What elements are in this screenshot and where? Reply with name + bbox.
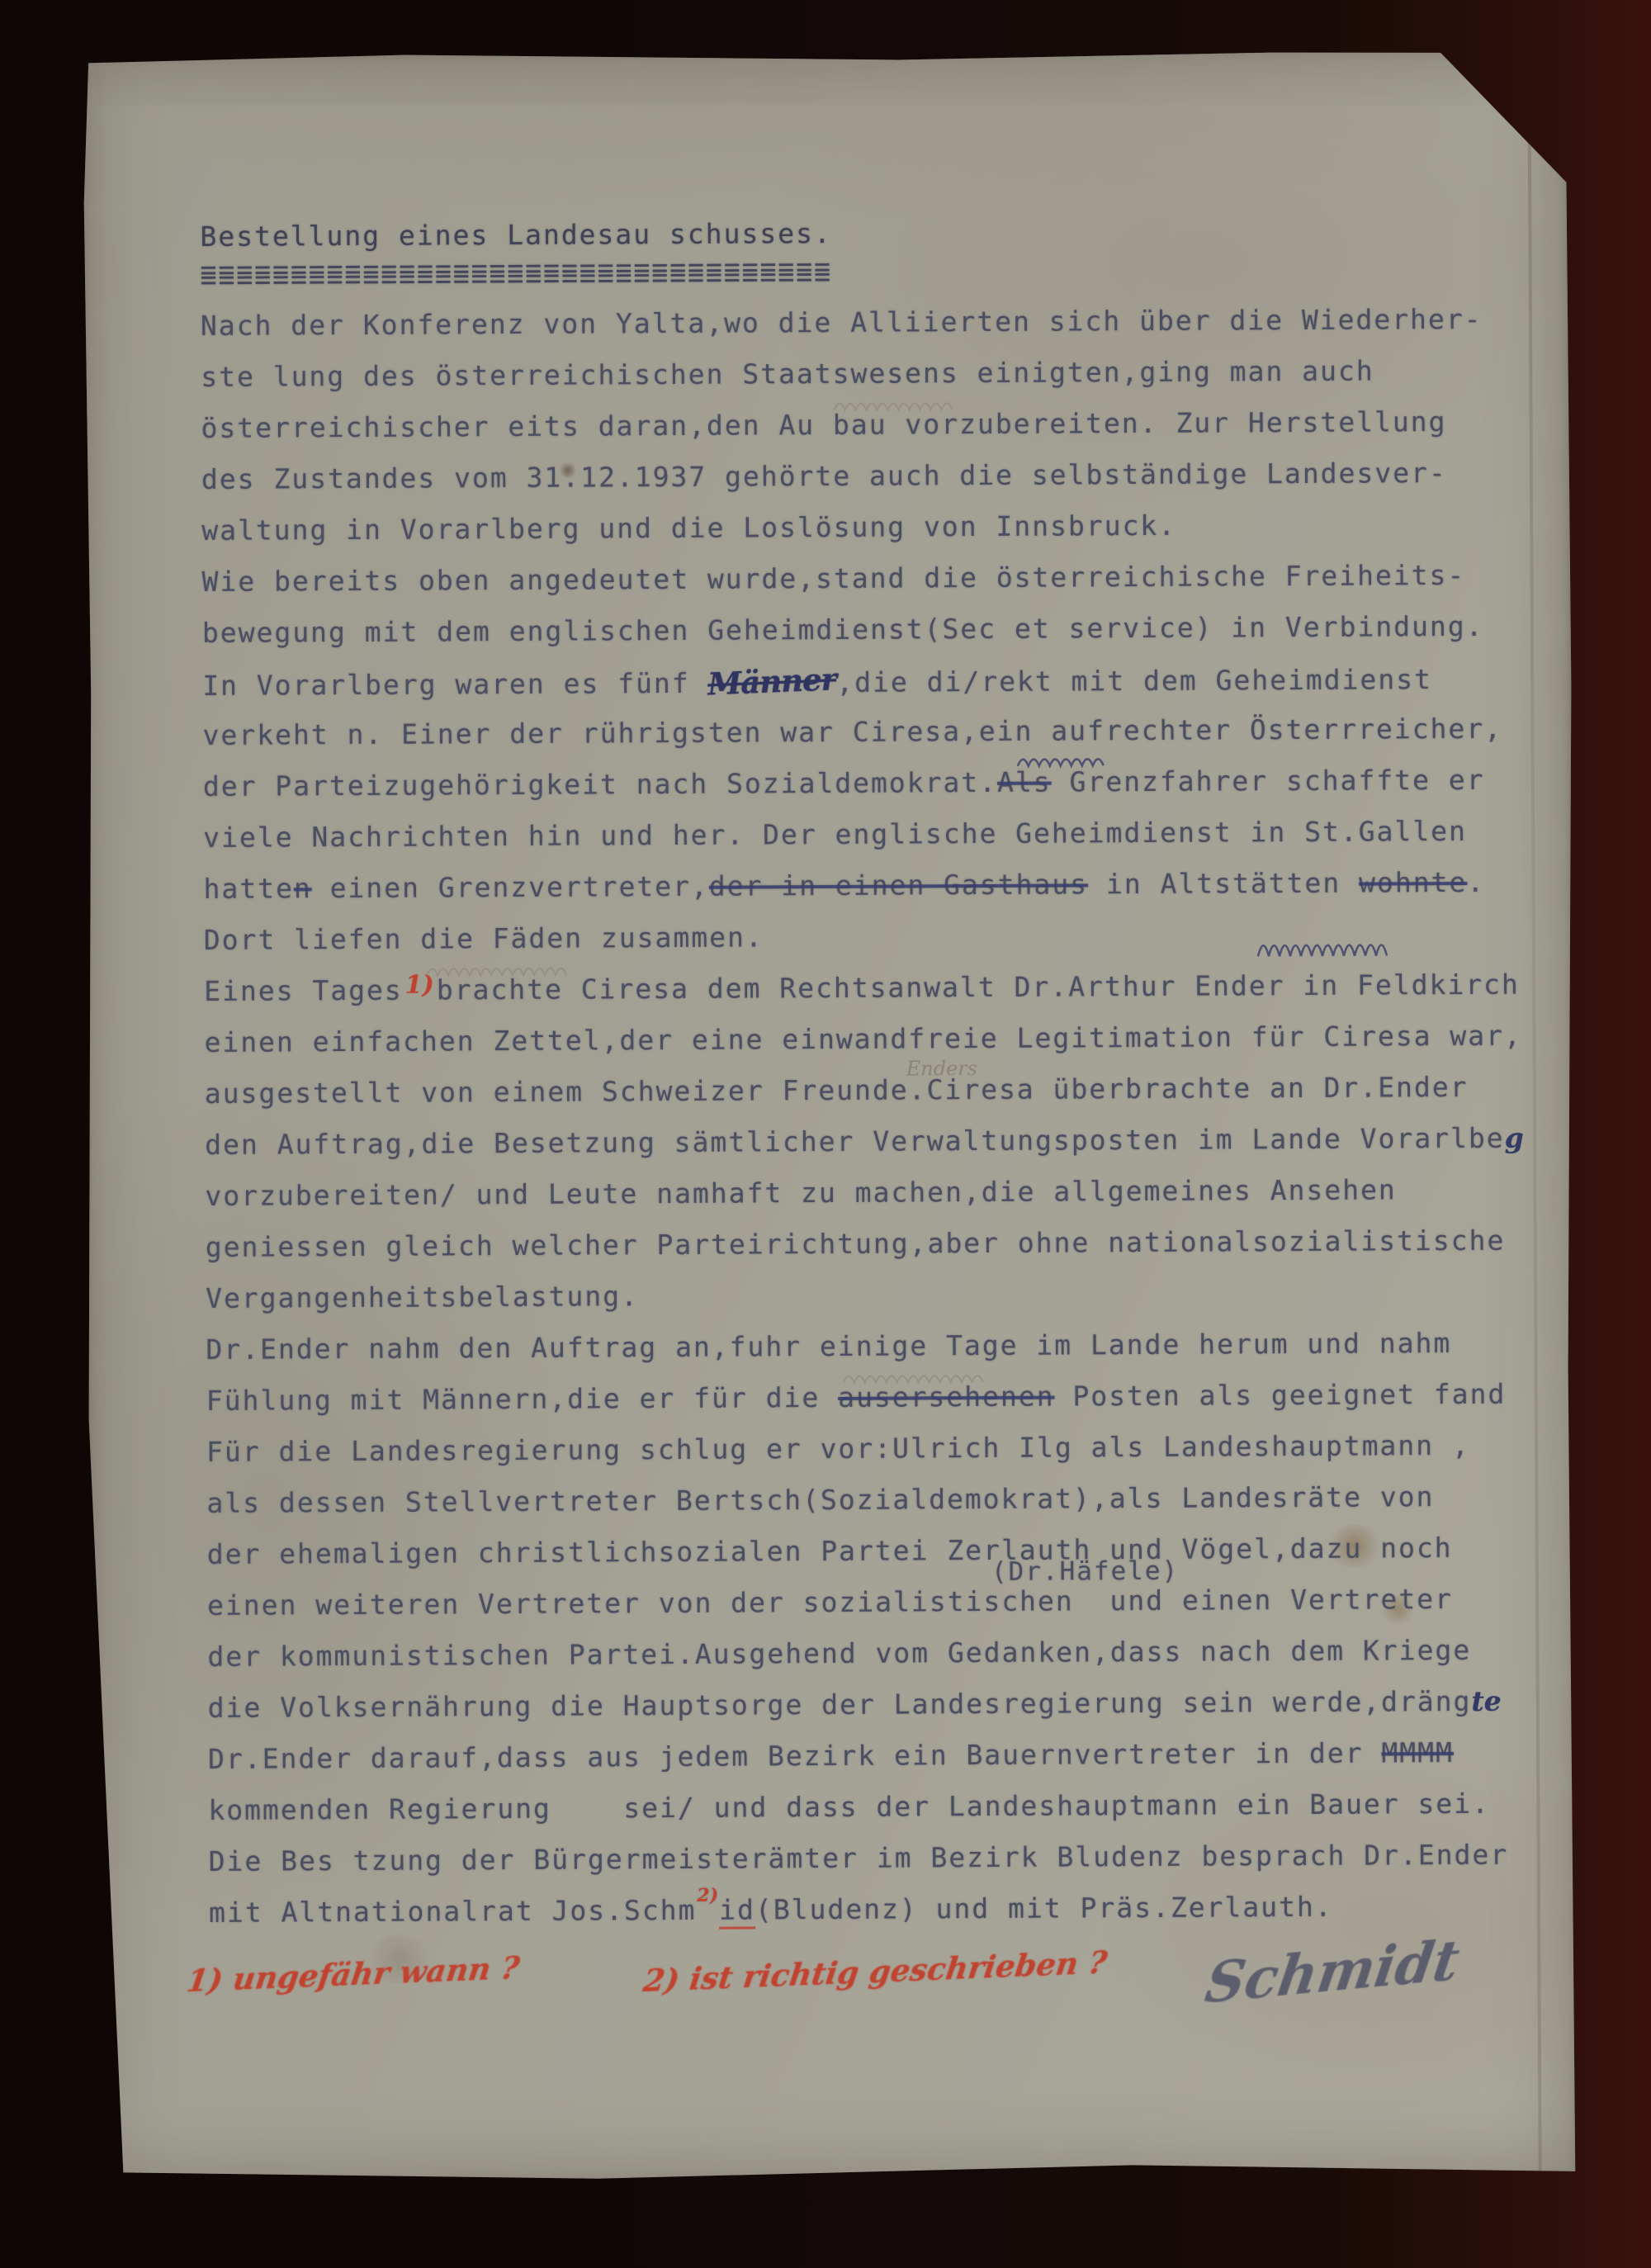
document-line: Für die Landesregierung schlug er vor:Ul… bbox=[206, 1419, 1544, 1477]
document-body: Nach der Konferenz von Yalta,wo die Alli… bbox=[201, 293, 1546, 1938]
document-line: mit Altnationalrat Jos.Schm2)id(Bludenz)… bbox=[209, 1880, 1546, 1938]
illegible-handwriting-squiggle bbox=[425, 945, 570, 997]
typed-text: die Volksernährung die Hauptsorge der La… bbox=[208, 1685, 1472, 1724]
document-line: geniessen gleich welcher Parteirichtung,… bbox=[206, 1214, 1543, 1272]
typed-text: Für die Landesregierung schlug er vor:Ul… bbox=[206, 1429, 1470, 1468]
typed-text: in Altstätten bbox=[1088, 867, 1359, 901]
document-line: den Auftrag,die Besetzung sämtlicher Ver… bbox=[205, 1112, 1542, 1170]
document-content: Bestellung eines Landesau schusses. ====… bbox=[200, 207, 1546, 1938]
document-title: Bestellung eines Landesau schusses. bbox=[200, 207, 1537, 258]
illegible-handwriting-squiggle bbox=[832, 379, 956, 431]
document-line: ausgestellt von einem Schweizer Freunde.… bbox=[205, 1061, 1542, 1119]
typed-text: der ehemaligen christlichsozialen Partei… bbox=[207, 1532, 1453, 1570]
handwritten-annotations-row: 1) ungefähr wann ?2) ist richtig geschri… bbox=[187, 1950, 1507, 2010]
handwritten-ink-addition: te bbox=[1471, 1685, 1501, 1717]
typed-text: Die Bes tzung der Bürgermeisterämter im … bbox=[209, 1839, 1509, 1877]
document-line: viele Nachrichten hin und her. Der engli… bbox=[203, 805, 1540, 863]
document-line: vorzubereiten/ und Leute namhaft zu mach… bbox=[205, 1163, 1542, 1221]
document-line: Vergangenheitsbelastung. bbox=[206, 1266, 1543, 1323]
document-line: der ehemaligen christlichsozialen Partei… bbox=[207, 1522, 1545, 1579]
illegible-handwriting-squiggle bbox=[841, 1352, 994, 1404]
document-line: bewegung mit dem englischen Geheimdienst… bbox=[202, 600, 1540, 658]
red-footnote-mark-2: 2) bbox=[697, 1885, 718, 1906]
document-line: kommenden Regierung sei/ und dass der La… bbox=[208, 1778, 1545, 1835]
typed-text: Eines Tages bbox=[204, 974, 403, 1007]
document-line: hatten einen Grenzvertreter,der in einen… bbox=[203, 856, 1540, 914]
pencil-handwritten-answer: Schmidt bbox=[1201, 1927, 1464, 2016]
document-line: österreichischer eits daran,den Au bau v… bbox=[201, 395, 1538, 453]
typed-text: . bbox=[1467, 866, 1485, 898]
typed-text: Wie bereits oben angedeutet wurde,stand … bbox=[201, 559, 1465, 598]
typed-text: ste lung des österreichischen Staatswese… bbox=[201, 355, 1374, 393]
typed-interline-insertion: (Dr.Häfele) bbox=[991, 1546, 1180, 1598]
typed-text: Posten als geeignet fand bbox=[1054, 1378, 1506, 1413]
struck-phrase: der in einen Gasthaus bbox=[709, 868, 1088, 902]
typed-text: den Auftrag,die Besetzung sämtlicher Ver… bbox=[205, 1122, 1505, 1161]
typed-text: einen einfachen Zettel,der eine einwandf… bbox=[204, 1020, 1522, 1058]
document-line: als dessen Stellvertreter Bertsch(Sozial… bbox=[206, 1470, 1544, 1528]
red-handwritten-question-2: 2) ist richtig geschrieben ? bbox=[641, 1944, 1109, 1999]
typed-text: österreichischer eits daran,den Au bau v… bbox=[201, 405, 1447, 444]
illegible-handwriting-squiggle bbox=[1016, 735, 1107, 787]
document-line: der Parteizugehörigkeit nach Sozialdemok… bbox=[203, 754, 1540, 812]
illegible-handwriting-squiggle bbox=[1256, 925, 1397, 977]
red-handwritten-question-1: 1) ungefähr wann ? bbox=[185, 1949, 522, 1999]
typed-text: der kommunistischen Partei.Ausgehend vom… bbox=[207, 1634, 1471, 1673]
typed-text: der Parteizugehörigkeit nach Sozialdemok… bbox=[203, 766, 997, 803]
document-line: des Zustandes vom 31.12.1937 gehörte auc… bbox=[201, 447, 1539, 504]
typed-text: geniessen gleich welcher Parteirichtung,… bbox=[206, 1224, 1506, 1263]
typed-text: ,die di/rekt mit dem Geheimdienst bbox=[836, 663, 1432, 698]
typed-text: ausgestellt von einem Schweizer Freunde.… bbox=[205, 1071, 1469, 1110]
typed-text: einen Grenzvertreter, bbox=[312, 870, 709, 905]
struck-word: wohnte bbox=[1359, 866, 1467, 899]
scan-background: { "colors": { "background": "#120908", "… bbox=[0, 0, 1651, 2268]
typed-text: einen weiteren Vertreter von der soziali… bbox=[207, 1583, 1453, 1622]
document-line: Fühlung mit Männern,die er für die auser… bbox=[206, 1368, 1544, 1426]
handwritten-ink-correction: Männer bbox=[707, 653, 837, 709]
document-line: die Volksernährung die Hauptsorge der La… bbox=[208, 1675, 1545, 1733]
typed-text: Grenzfahrer schaffte er bbox=[1052, 764, 1485, 798]
handwritten-ink-addition: g bbox=[1505, 1122, 1524, 1154]
typed-text: In Vorarlberg waren es fünf bbox=[202, 667, 707, 702]
typed-text: des Zustandes vom 31.12.1937 gehörte auc… bbox=[201, 457, 1447, 495]
typed-text: vorzubereiten/ und Leute namhaft zu mach… bbox=[205, 1173, 1396, 1212]
document-line: einen einfachen Zettel,der eine einwandf… bbox=[204, 1010, 1541, 1068]
document-line: waltung in Vorarlberg und die Loslösung … bbox=[201, 498, 1539, 556]
document-line: der kommunistischen Partei.Ausgehend vom… bbox=[207, 1624, 1545, 1682]
document-line: verkeht n. Einer der rührigsten war Cire… bbox=[202, 703, 1540, 760]
typed-text: mit Altnationalrat Jos.Schm bbox=[209, 1894, 697, 1929]
typed-text: als dessen Stellvertreter Bertsch(Sozial… bbox=[206, 1480, 1434, 1519]
typed-text: Fühlung mit Männern,die er für die bbox=[206, 1381, 839, 1417]
struck-typeover: MMMM bbox=[1381, 1736, 1454, 1768]
document-line: einen weiteren Vertreter von der soziali… bbox=[207, 1573, 1545, 1631]
document-line: Dr.Ender darauf,dass aus jedem Bezirk ei… bbox=[208, 1726, 1545, 1784]
document-line: In Vorarlberg waren es fünf Männer,die d… bbox=[202, 651, 1540, 709]
typed-text: kommenden Regierung sei/ und dass der La… bbox=[208, 1787, 1490, 1826]
typed-text: waltung in Vorarlberg und die Loslösung … bbox=[201, 509, 1176, 547]
scanned-document-paper: Bestellung eines Landesau schusses. ====… bbox=[79, 45, 1580, 2187]
document-line: Wie bereits oben angedeutet wurde,stand … bbox=[201, 549, 1539, 607]
document-line: Die Bes tzung der Bürgermeisterämter im … bbox=[209, 1829, 1546, 1887]
typed-text: Dr.Ender darauf,dass aus jedem Bezirk ei… bbox=[208, 1737, 1382, 1775]
typed-text: viele Nachrichten hin und her. Der engli… bbox=[203, 815, 1467, 854]
document-line: Eines Tages1)brachte Ciresa dem Rechtsan… bbox=[204, 959, 1541, 1016]
pencil-annotation: Enders bbox=[906, 1043, 978, 1094]
typed-text: hatte bbox=[203, 872, 294, 905]
typed-text: Dr.Ender nahm den Auftrag an,fuhr einige… bbox=[206, 1327, 1451, 1366]
typed-text: bewegung mit dem englischen Geheimdienst… bbox=[202, 610, 1484, 649]
typed-text: Nach der Konferenz von Yalta,wo die Alli… bbox=[201, 303, 1483, 342]
struck-letter: n bbox=[294, 872, 312, 904]
typed-text: verkeht n. Einer der rührigsten war Cire… bbox=[202, 713, 1502, 751]
typed-text: Vergangenheitsbelastung. bbox=[206, 1280, 639, 1314]
title-underline-row2: =================================== bbox=[201, 262, 1538, 290]
typed-text: (Bludenz) und mit Präs.Zerlauth. bbox=[755, 1891, 1333, 1926]
red-underlined-letters: id bbox=[719, 1893, 755, 1929]
document-line: Nach der Konferenz von Yalta,wo die Alli… bbox=[201, 293, 1538, 351]
